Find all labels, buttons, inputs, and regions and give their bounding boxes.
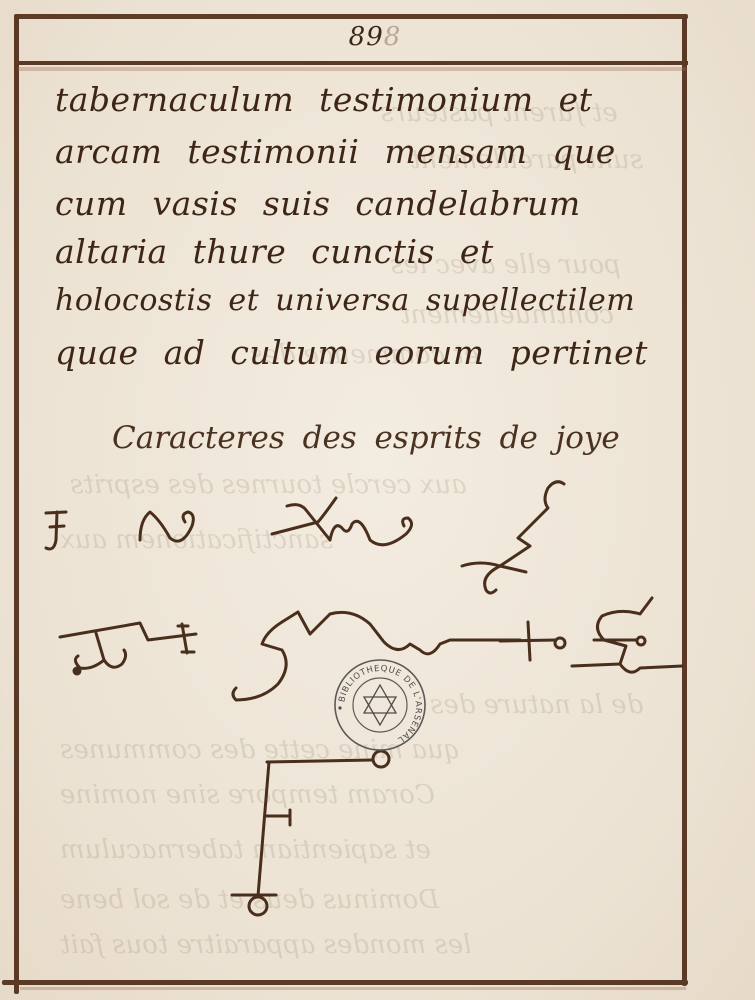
six-pointed-star-icon [364, 685, 396, 725]
sigil-lambda-cross-icon [60, 623, 196, 674]
sigils-drawing [0, 0, 755, 1000]
stamp-text: BIBLIOTHEQUE DE L'ARSENAL [337, 664, 423, 745]
sigil-F-staff-circles-icon [232, 751, 389, 915]
library-stamp: BIBLIOTHEQUE DE L'ARSENAL [330, 655, 430, 755]
sigil-n-loop-icon [140, 512, 193, 541]
manuscript-page: et furent pasteurs sunt pareillement pou… [0, 0, 755, 1000]
sigil-F-hook-icon [46, 512, 66, 549]
sigil-serpent-cross-icon [462, 482, 564, 593]
sigil-cross-circle-icon [500, 622, 565, 660]
svg-text:BIBLIOTHEQUE DE L'ARSENAL: BIBLIOTHEQUE DE L'ARSENAL [337, 664, 423, 745]
sigil-X-m-icon [272, 498, 412, 545]
sigil-gamma-circle-icon [572, 598, 682, 672]
